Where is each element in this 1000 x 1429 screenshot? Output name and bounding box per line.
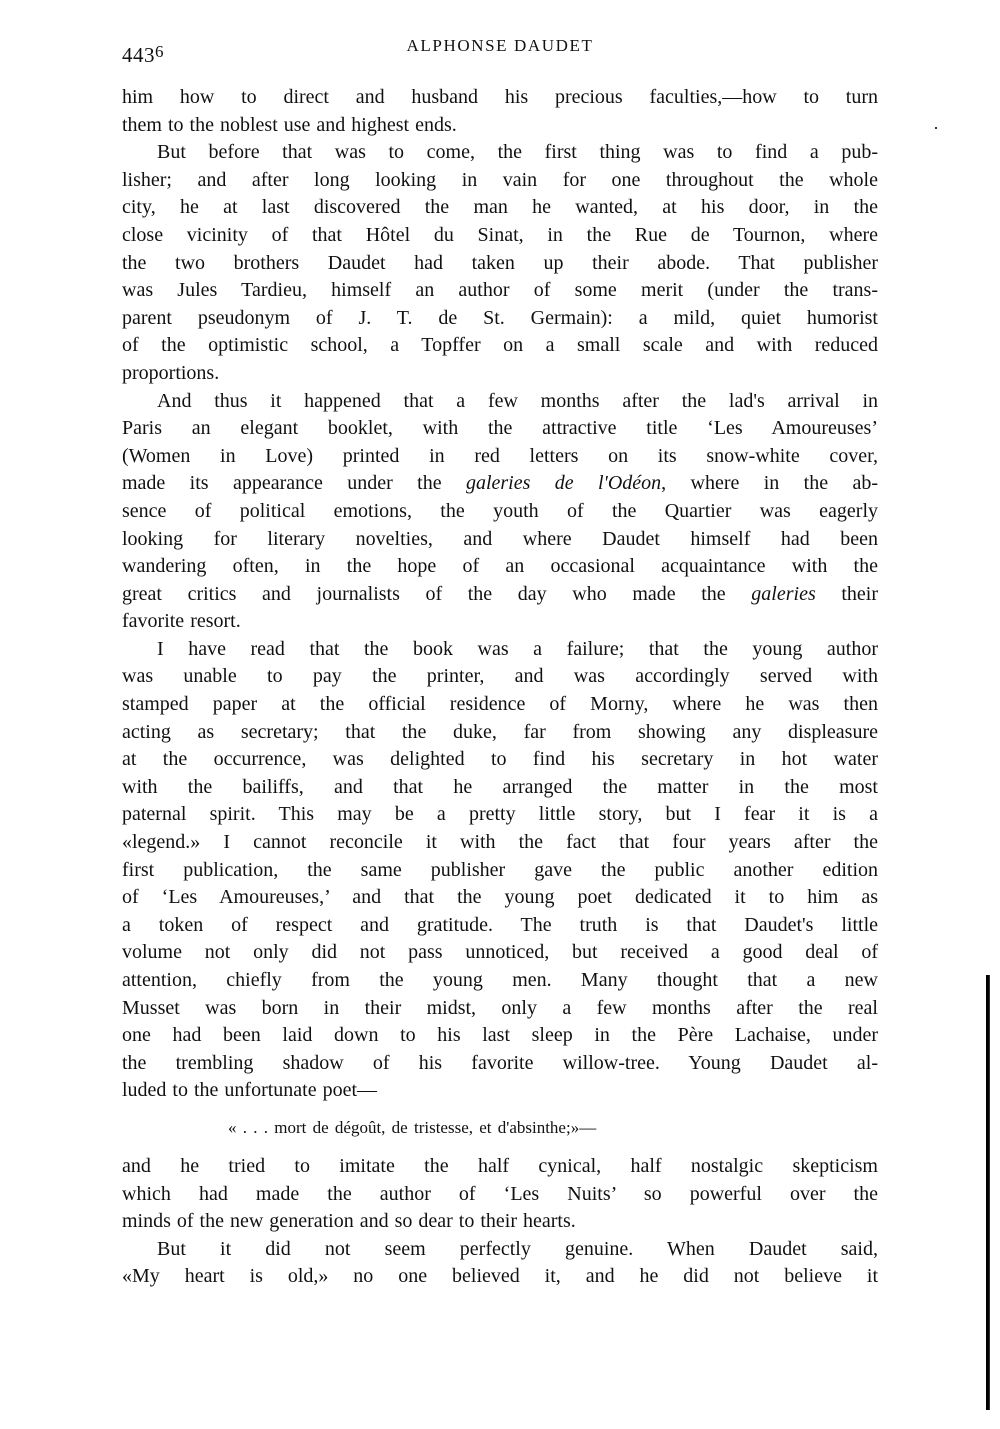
text-line: a token of respect and gratitude. The tr… xyxy=(122,912,878,940)
text-line: close vicinity of that Hôtel du Sinat, i… xyxy=(122,222,878,250)
text-run: great critics and journalists of the day… xyxy=(122,583,751,605)
text-line: looking for literary novelties, and wher… xyxy=(122,526,878,554)
italic-term: galeries de l'Odéon xyxy=(466,472,661,494)
text-line: «My heart is old,» no one believed it, a… xyxy=(122,1263,878,1291)
text-line: wandering often, in the hope of an occas… xyxy=(122,553,878,581)
text-line: him how to direct and husband his precio… xyxy=(122,84,878,112)
text-line: the two brothers Daudet had taken up the… xyxy=(122,250,878,278)
text-line: luded to the unfortunate poet— xyxy=(122,1077,878,1105)
block-quote: « . . . mort de dégoût, de tristesse, et… xyxy=(122,1113,878,1153)
body-text: him how to direct and husband his precio… xyxy=(122,84,878,1291)
text-line: was unable to pay the printer, and was a… xyxy=(122,663,878,691)
scan-artifact-edge-line xyxy=(986,975,990,1410)
text-line: of ‘Les Amoureuses,’ and that the young … xyxy=(122,884,878,912)
text-line: paternal spirit. This may be a pretty li… xyxy=(122,801,878,829)
italic-term: galeries xyxy=(751,583,815,605)
text-line: the trembling shadow of his favorite wil… xyxy=(122,1050,878,1078)
running-title: ALPHONSE DAUDET xyxy=(122,36,878,56)
text-line: minds of the new generation and so dear … xyxy=(122,1208,878,1236)
text-line: stamped paper at the official residence … xyxy=(122,691,878,719)
text-line: But before that was to come, the first t… xyxy=(122,139,878,167)
text-line: acting as secretary; that the duke, far … xyxy=(122,719,878,747)
text-line: great critics and journalists of the day… xyxy=(122,581,878,609)
text-line: city, he at last discovered the man he w… xyxy=(122,194,878,222)
text-line: was Jules Tardieu, himself an author of … xyxy=(122,277,878,305)
text-line: them to the noblest use and highest ends… xyxy=(122,112,878,140)
text-line: Paris an elegant booklet, with the attra… xyxy=(122,415,878,443)
text-line: But it did not seem perfectly genuine. W… xyxy=(122,1236,878,1264)
text-line: and he tried to imitate the half cynical… xyxy=(122,1153,878,1181)
text-line: one had been laid down to his last sleep… xyxy=(122,1022,878,1050)
text-run: made its appearance under the xyxy=(122,472,466,494)
text-line: I have read that the book was a failure;… xyxy=(122,636,878,664)
text-line: Musset was born in their midst, only a f… xyxy=(122,995,878,1023)
text-line: first publication, the same publisher ga… xyxy=(122,857,878,885)
text-line: made its appearance under the galeries d… xyxy=(122,470,878,498)
text-run: their xyxy=(816,583,878,605)
text-line: (Women in Love) printed in red letters o… xyxy=(122,443,878,471)
text-line: volume not only did not pass unnoticed, … xyxy=(122,939,878,967)
text-line: And thus it happened that a few months a… xyxy=(122,388,878,416)
text-run: , where in the ab- xyxy=(661,472,878,494)
book-page: 4436 ALPHONSE DAUDET him how to direct a… xyxy=(0,0,1000,1429)
text-line: lisher; and after long looking in vain f… xyxy=(122,167,878,195)
scan-artifact-speck xyxy=(935,127,937,129)
text-line: at the occurrence, was delighted to find… xyxy=(122,746,878,774)
text-line: of the optimistic school, a Topffer on a… xyxy=(122,332,878,360)
text-line: attention, chiefly from the young men. M… xyxy=(122,967,878,995)
text-line: favorite resort. xyxy=(122,608,878,636)
text-line: which had made the author of ‘Les Nuits’… xyxy=(122,1181,878,1209)
running-head: 4436 ALPHONSE DAUDET xyxy=(122,36,878,64)
text-line: sence of political emotions, the youth o… xyxy=(122,498,878,526)
text-line: parent pseudonym of J. T. de St. Germain… xyxy=(122,305,878,333)
text-line: proportions. xyxy=(122,360,878,388)
text-line: with the bailiffs, and that he arranged … xyxy=(122,774,878,802)
text-line: «legend.» I cannot reconcile it with the… xyxy=(122,829,878,857)
